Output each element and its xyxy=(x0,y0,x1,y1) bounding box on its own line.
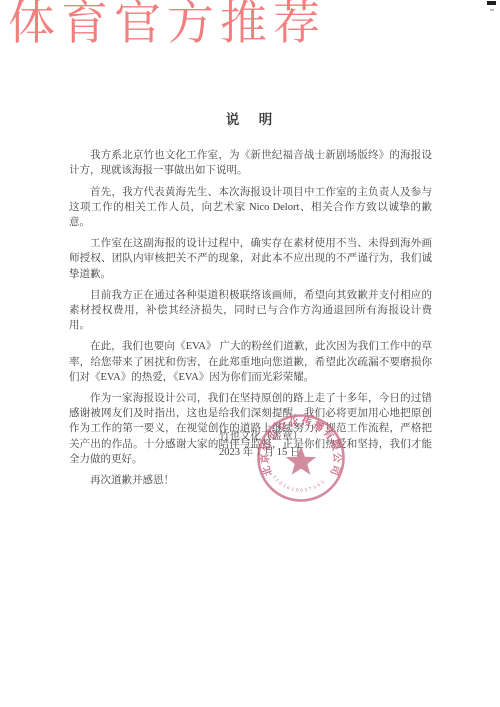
scan-corner-artifact xyxy=(487,1,496,5)
paragraph: 目前我方正在通过各种渠道积极联络该画师，希望向其致歉并支付相应的素材授权费用，补… xyxy=(69,288,432,334)
closing-line: 再次道歉并感恩！ xyxy=(69,473,432,488)
signature-block: 竹也文化（盖章） 2023 年 1 月 15 日 xyxy=(219,429,303,460)
watermark-text: 体育官方推荐 xyxy=(8,0,326,52)
paragraph: 工作室在这副海报的设计过程中，确实存在素材使用不当、未得到海外画师授权、团队内审… xyxy=(69,236,432,282)
paragraph: 在此，我们也要向《EVA》 广大的粉丝们道歉，此次因为我们工作中的草率，给您带来… xyxy=(69,339,432,385)
paragraph: 首先，我方代表黄海先生、本次海报设计项目中工作室的主负责人及参与这项工作的相关工… xyxy=(69,185,432,231)
signature-name: 竹也文化（盖章） xyxy=(219,429,303,445)
scanned-statement-page: 体育官方推荐 说 明 我方系北京竹也文化工作室，为《新世纪福音战士新剧场版终》的… xyxy=(0,0,500,707)
document-title: 说 明 xyxy=(69,112,432,127)
scan-speck xyxy=(490,9,494,11)
paragraph: 我方系北京竹也文化工作室，为《新世纪福音战士新剧场版终》的海报设计方，现就该海报… xyxy=(69,148,432,178)
signature-date: 2023 年 1 月 15 日 xyxy=(219,445,303,461)
